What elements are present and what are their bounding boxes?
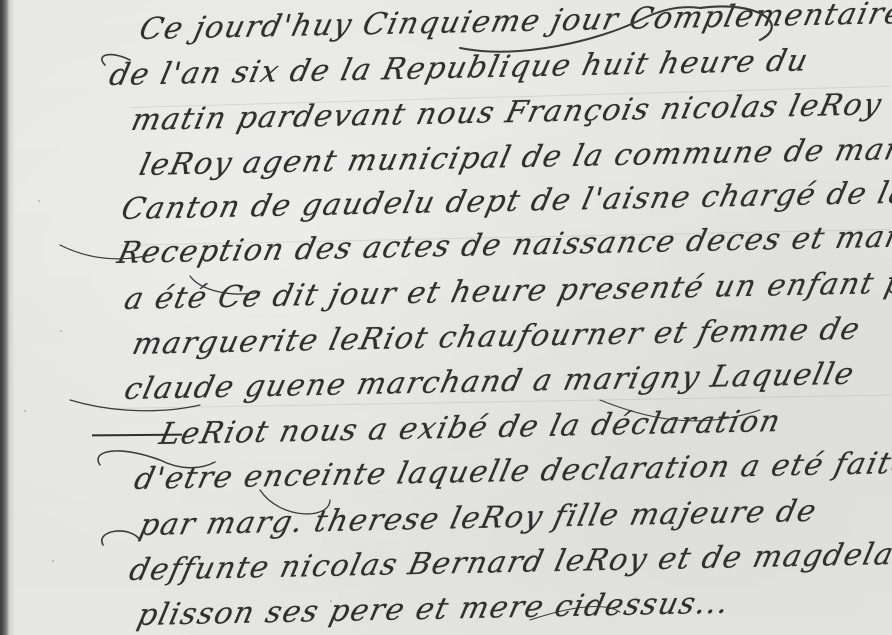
paper-speck (60, 330, 62, 332)
text-line-1: Ce jourd'huy Cinquieme jour Complementai… (136, 0, 892, 47)
text-line-3: matin pardevant nous François nicolas le… (128, 87, 886, 138)
text-line-12: par marg. therese leRoy fille majeure de (136, 494, 821, 543)
binding-edge (0, 0, 9, 635)
text-line-8: marguerite leRiot chaufourner et femme d… (129, 312, 864, 362)
paper-speck (38, 200, 40, 202)
document-page: Ce jourd'huy Cinquieme jour Complementai… (0, 0, 892, 635)
binding-shadow (9, 0, 15, 635)
text-line-10: LeRiot nous a exibé de la déclaration (156, 404, 785, 452)
text-line-11: d'etre enceinte laquelle declaration a e… (131, 446, 892, 497)
text-line-5: Canton de gaudelu dept de l'aisne chargé… (118, 175, 892, 227)
paper-speck (52, 560, 54, 562)
text-line-4: leRoy agent municipal de la commune de m… (136, 130, 892, 183)
text-line-13: deffunte nicolas Bernard leRoy et de mag… (126, 536, 892, 588)
text-line-14: plisson ses pere et mere cidessus... (134, 586, 733, 634)
text-line-9: claude guene marchand a marigny Laquelle (121, 357, 858, 407)
text-line-6: Reception des actes de naissance deces e… (114, 218, 892, 271)
text-line-2: de l'an six de la Republique huit heure … (106, 43, 812, 93)
paper-speck (24, 410, 26, 412)
text-line-7: a été Ce dit jour et heure presenté un e… (121, 265, 892, 317)
